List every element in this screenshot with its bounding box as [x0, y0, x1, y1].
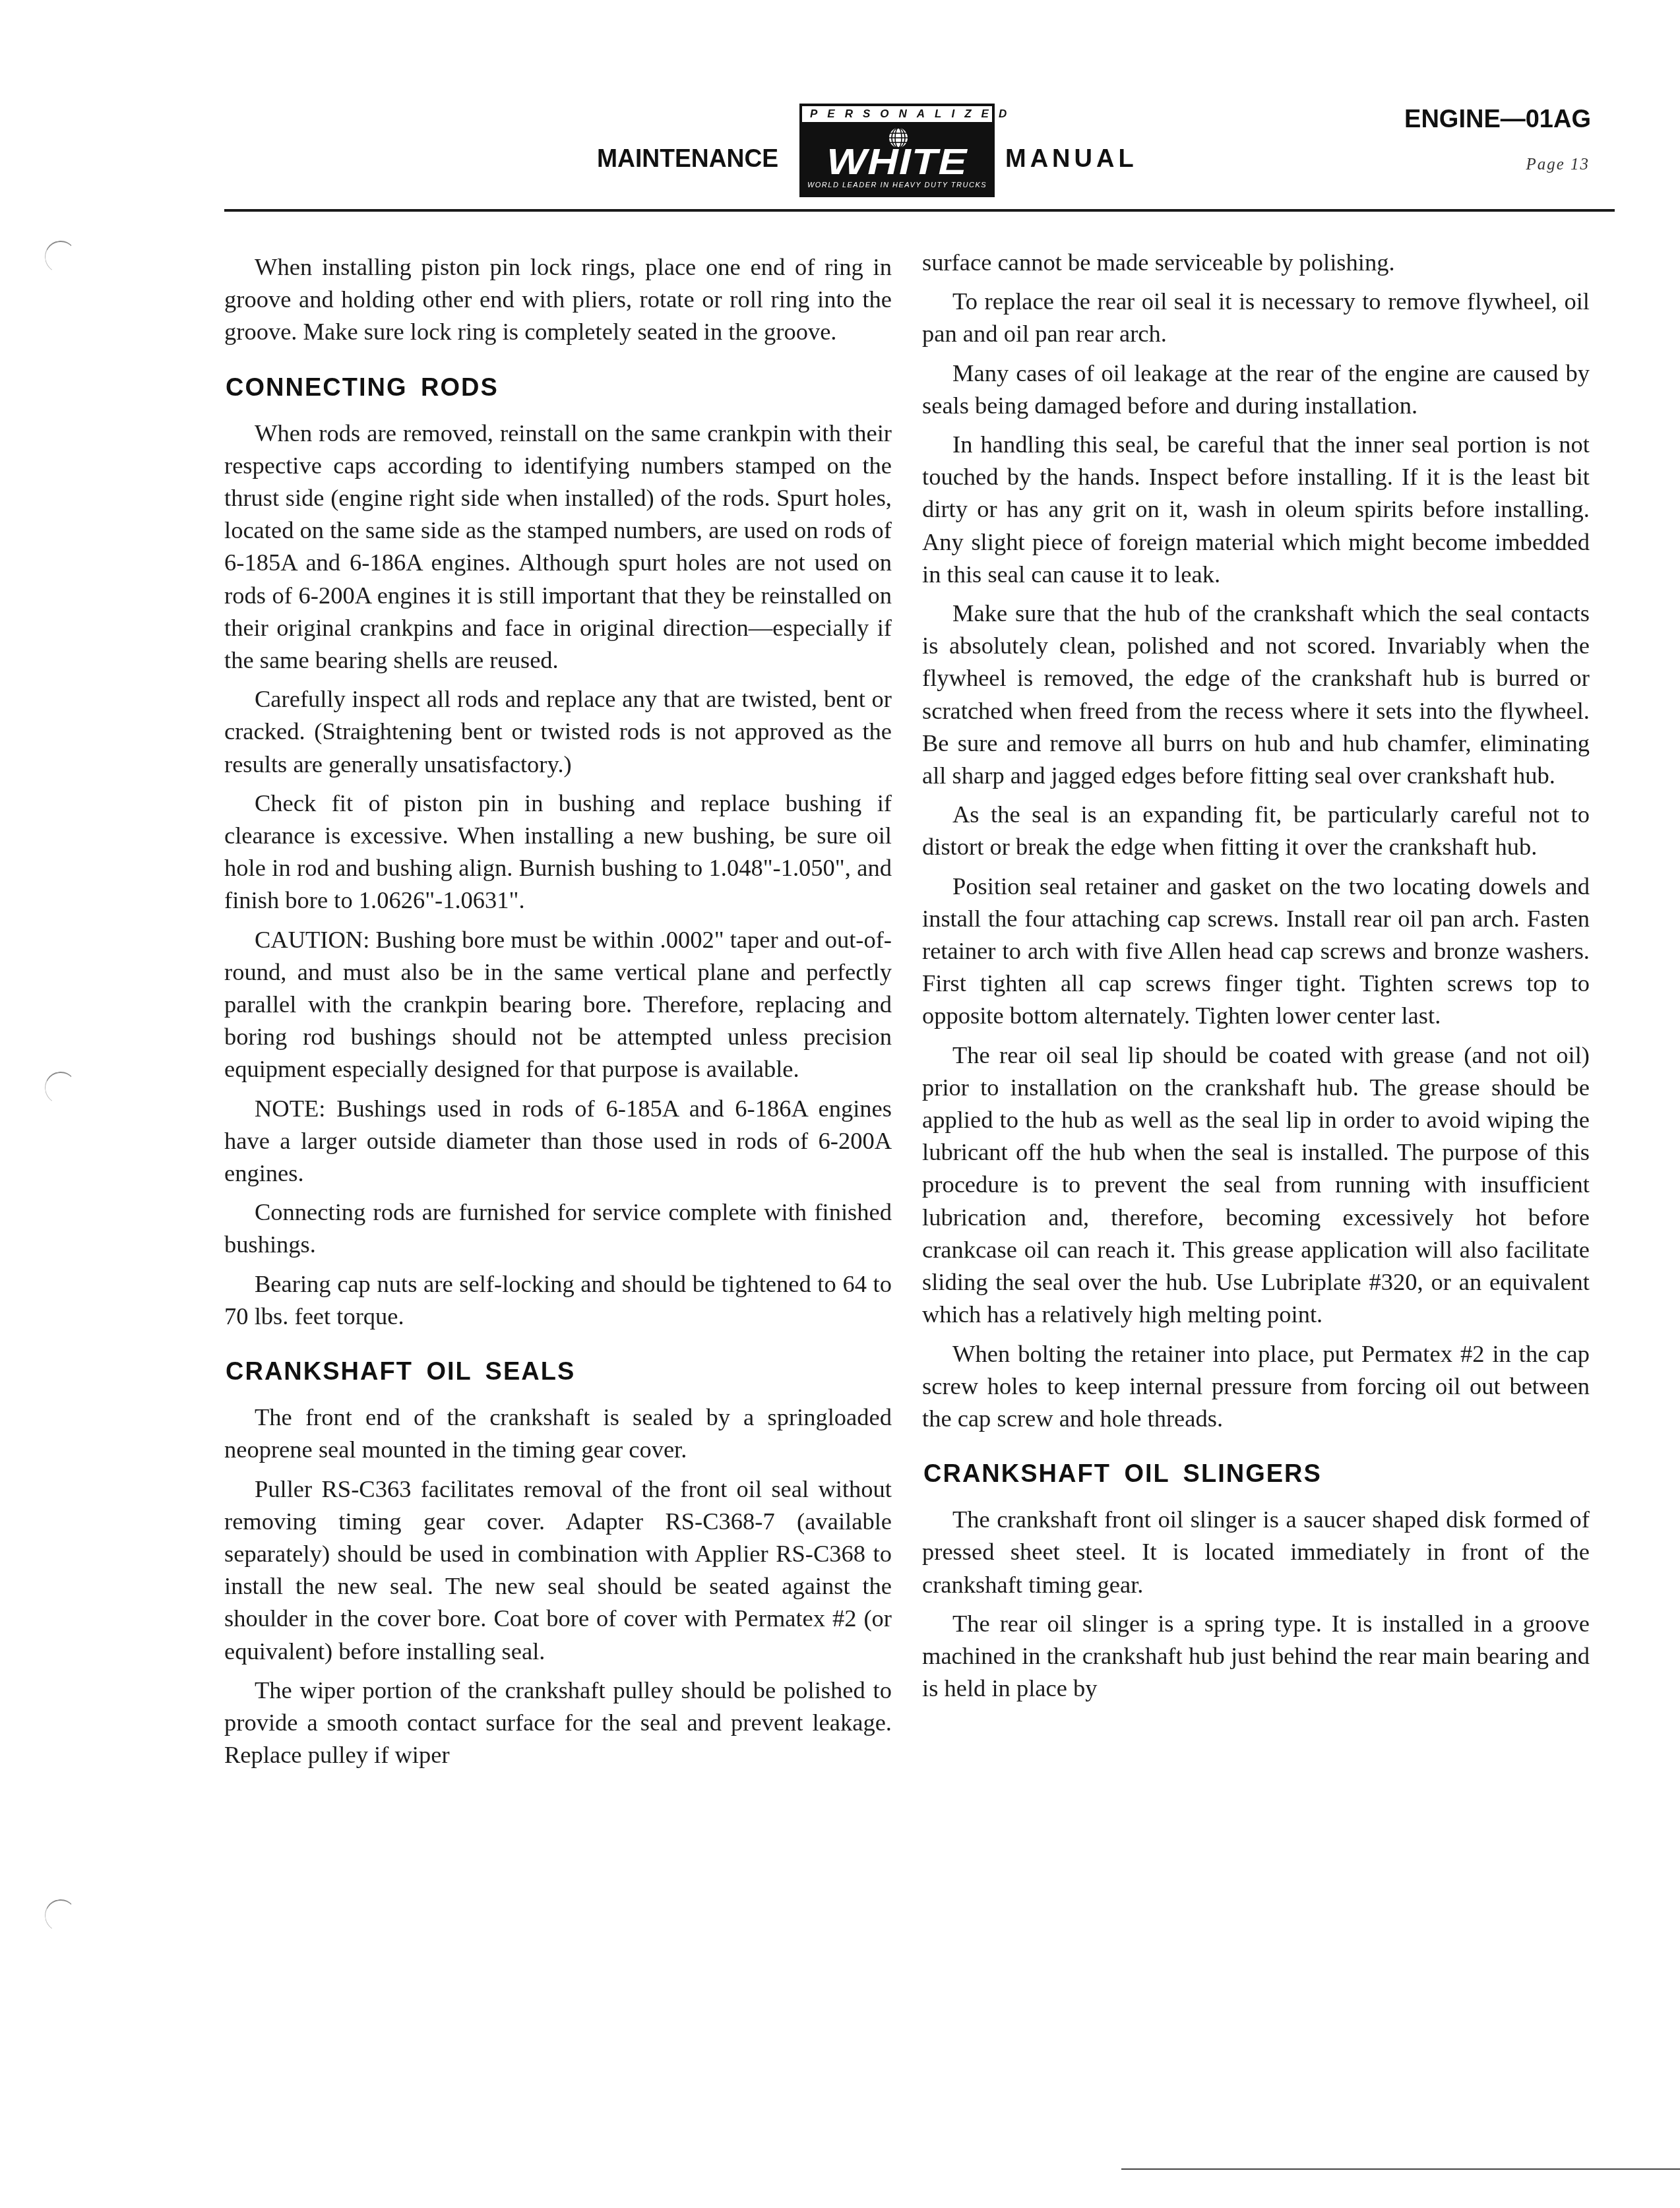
- binder-hole-mark: [42, 238, 79, 276]
- paragraph: Position seal retainer and gasket on the…: [922, 870, 1590, 1032]
- binder-hole-mark: [42, 1069, 79, 1107]
- heading-connecting-rods: CONNECTING RODS: [226, 372, 892, 404]
- binder-hole-mark: [42, 1897, 79, 1934]
- paragraph: Carefully inspect all rods and replace a…: [224, 683, 892, 780]
- paragraph: When bolting the retainer into place, pu…: [922, 1337, 1590, 1435]
- white-logo: PERSONALIZED WHITE WORLD LEADER IN HEAVY…: [799, 104, 995, 197]
- logo-tagline: WORLD LEADER IN HEAVY DUTY TRUCKS: [801, 181, 993, 189]
- section-code: ENGINE—01AG: [1404, 106, 1591, 134]
- logo-brand-wordmark: WHITE: [786, 143, 1008, 180]
- paragraph: Make sure that the hub of the crankshaft…: [922, 597, 1590, 791]
- paragraph: The rear oil slinger is a spring type. I…: [922, 1607, 1590, 1705]
- paragraph: When rods are removed, reinstall on the …: [224, 417, 892, 677]
- header-manual-label: MANUAL: [1005, 145, 1138, 173]
- paragraph: As the seal is an expanding fit, be part…: [922, 798, 1590, 863]
- paragraph: Puller RS-C363 facilitates removal of th…: [224, 1473, 892, 1667]
- paragraph: Bearing cap nuts are self-locking and sh…: [224, 1268, 892, 1332]
- logo-personalized-banner: PERSONALIZED: [802, 106, 992, 122]
- heading-crankshaft-oil-slingers: CRANKSHAFT OIL SLINGERS: [923, 1458, 1590, 1490]
- paragraph: The wiper portion of the crankshaft pull…: [224, 1674, 892, 1771]
- intro-paragraph: When installing piston pin lock rings, p…: [224, 251, 892, 348]
- paragraph: In handling this seal, be careful that t…: [922, 428, 1590, 590]
- left-column: When installing piston pin lock rings, p…: [224, 251, 892, 1777]
- caution-paragraph: CAUTION: Bushing bore must be within .00…: [224, 923, 892, 1086]
- header-divider: [224, 209, 1615, 212]
- paragraph: The crankshaft front oil slinger is a sa…: [922, 1503, 1590, 1601]
- note-paragraph: NOTE: Bushings used in rods of 6-185A an…: [224, 1092, 892, 1190]
- page-number: Page 13: [1526, 156, 1590, 174]
- paragraph: Check fit of piston pin in bushing and r…: [224, 787, 892, 917]
- paragraph: To replace the rear oil seal it is neces…: [922, 285, 1590, 350]
- paragraph: Many cases of oil leakage at the rear of…: [922, 357, 1590, 421]
- paragraph: The rear oil seal lip should be coated w…: [922, 1039, 1590, 1331]
- right-column: surface cannot be made serviceable by po…: [922, 246, 1590, 1711]
- header-maintenance-label: MAINTENANCE: [597, 145, 778, 173]
- footer-rule: [1121, 2168, 1680, 2170]
- continued-paragraph: surface cannot be made serviceable by po…: [922, 246, 1590, 278]
- paragraph: Connecting rods are furnished for servic…: [224, 1196, 892, 1260]
- page-header: MAINTENANCE PERSONALIZED WHITE WORLD LEA…: [0, 0, 1680, 218]
- heading-crankshaft-oil-seals: CRANKSHAFT OIL SEALS: [226, 1356, 892, 1388]
- paragraph: The front end of the crankshaft is seale…: [224, 1401, 892, 1465]
